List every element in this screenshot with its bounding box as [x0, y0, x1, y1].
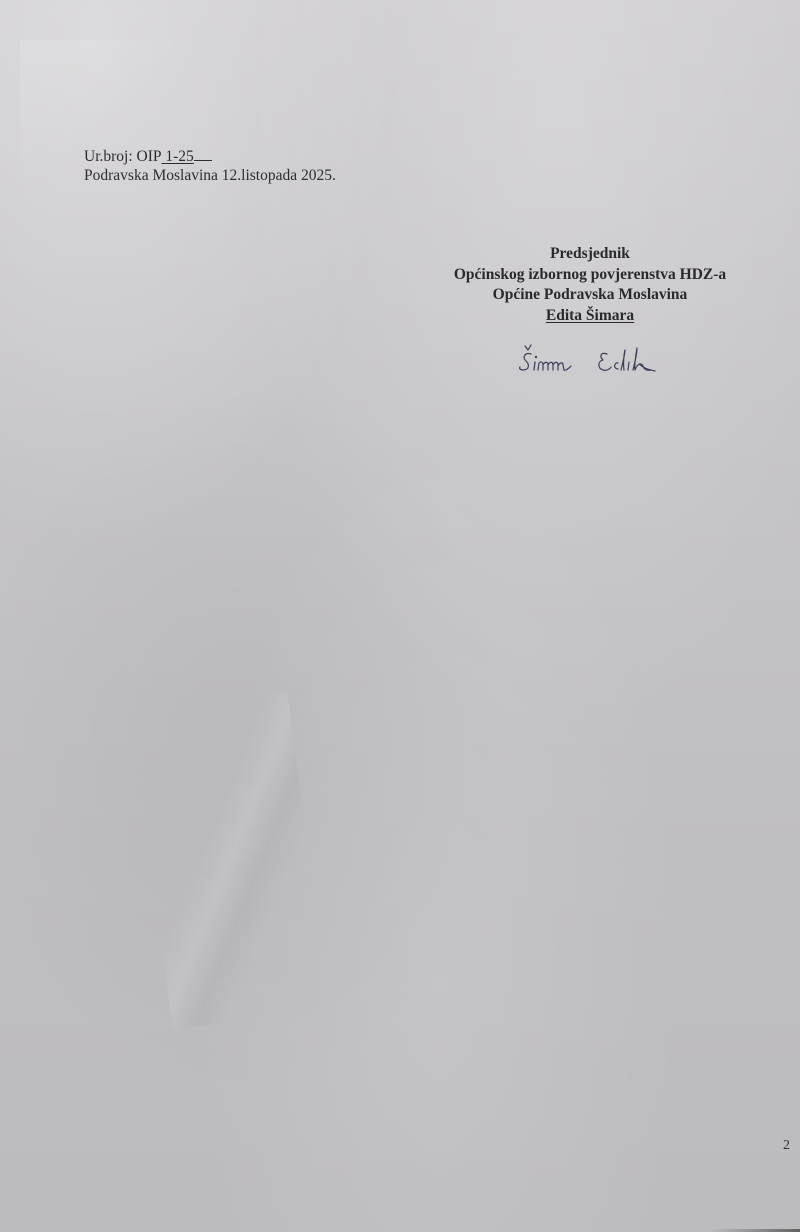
reference-label: Ur.broj: OIP — [84, 148, 162, 165]
paper-page: Ur.broj: OIP 1-25 Podravska Moslavina 12… — [0, 0, 800, 1232]
reference-number: Ur.broj: OIP 1-25 — [84, 147, 336, 166]
signatory-name: Edita Šimara — [546, 307, 634, 324]
signatory-body-line2: Općine Podravska Moslavina — [405, 285, 775, 306]
page-number: 2 — [783, 1138, 790, 1154]
reference-block: Ur.broj: OIP 1-25 Podravska Moslavina 12… — [84, 147, 336, 185]
signatory-title: Predsjednik — [405, 244, 775, 265]
paper-crease — [129, 690, 332, 1029]
reference-value-text: 1-25 — [165, 148, 193, 165]
place-and-date: Podravska Moslavina 12.listopada 2025. — [84, 166, 336, 185]
handwritten-signature — [515, 340, 675, 388]
signature-block: Predsjednik Općinskog izbornog povjerens… — [405, 244, 775, 326]
reference-value: 1-25 — [162, 148, 194, 165]
reference-blank-underline — [194, 147, 212, 161]
signatory-body-line1: Općinskog izbornog povjerenstva HDZ-a — [405, 265, 775, 286]
paper-crease — [20, 40, 200, 160]
